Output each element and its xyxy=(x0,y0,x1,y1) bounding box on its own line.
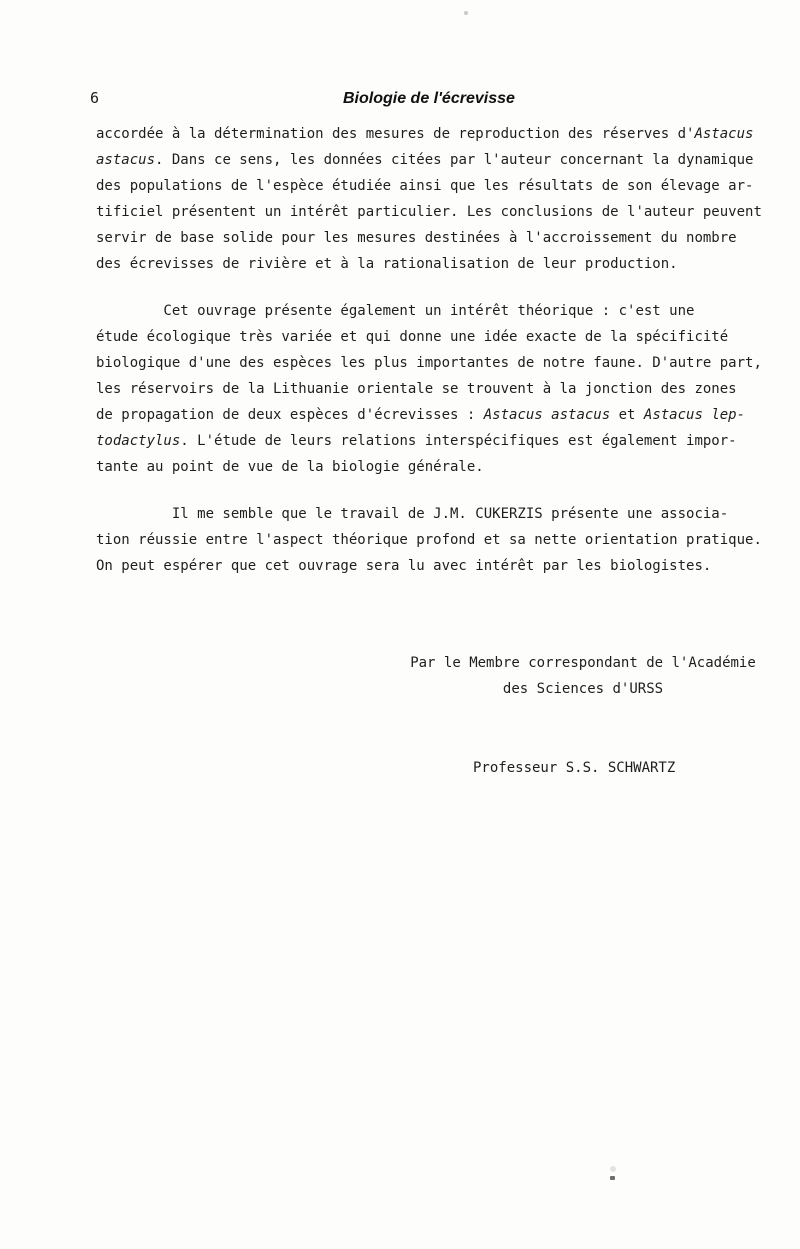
text-segment: et xyxy=(610,407,644,423)
signature-line-1: Par le Membre correspondant de l'Académi… xyxy=(408,650,758,676)
body-text: accordée à la détermination des mesures … xyxy=(96,121,768,579)
signature-name: Professeur S.S. SCHWARTZ xyxy=(473,755,675,781)
text-line: des écrevisses de rivière et à la ration… xyxy=(96,251,768,277)
text-line: tificiel présentent un intérêt particuli… xyxy=(96,199,768,225)
text-line: étude écologique très variée et qui donn… xyxy=(96,324,768,350)
paragraph: accordée à la détermination des mesures … xyxy=(96,121,768,277)
text-line: servir de base solide pour les mesures d… xyxy=(96,225,768,251)
signature-block: Par le Membre correspondant de l'Académi… xyxy=(408,650,758,702)
species-name-italic: todactylus xyxy=(96,433,180,449)
text-segment: étude écologique très variée et qui donn… xyxy=(96,329,728,345)
running-title: Biologie de l'écrevisse xyxy=(343,90,515,107)
text-segment: servir de base solide pour les mesures d… xyxy=(96,230,737,246)
text-segment: tante au point de vue de la biologie gén… xyxy=(96,459,484,475)
scan-artifact xyxy=(610,1176,615,1180)
paragraph: Il me semble que le travail de J.M. CUKE… xyxy=(96,501,768,579)
text-line: les réservoirs de la Lithuanie orientale… xyxy=(96,376,768,402)
paragraph: Cet ouvrage présente également un intérê… xyxy=(96,298,768,480)
species-name-italic: Astacus astacus xyxy=(484,407,610,423)
text-line: de propagation de deux espèces d'écrevis… xyxy=(96,402,768,428)
book-page: 6 Biologie de l'écrevisse accordée à la … xyxy=(0,0,800,1249)
text-line: todactylus. L'étude de leurs relations i… xyxy=(96,428,768,454)
text-segment: tificiel présentent un intérêt particuli… xyxy=(96,204,762,220)
text-segment: Cet ouvrage présente également un intérê… xyxy=(96,303,694,319)
text-line: Cet ouvrage présente également un intérê… xyxy=(96,298,768,324)
text-line: biologique d'une des espèces les plus im… xyxy=(96,350,768,376)
text-line: tante au point de vue de la biologie gén… xyxy=(96,454,768,480)
signature-line-2: des Sciences d'URSS xyxy=(408,676,758,702)
text-segment: accordée à la détermination des mesures … xyxy=(96,126,694,142)
species-name-italic: Astacus lep- xyxy=(644,407,745,423)
page-number: 6 xyxy=(90,90,99,106)
text-line: On peut espérer que cet ouvrage sera lu … xyxy=(96,553,768,579)
text-segment: Il me semble que le travail de J.M. CUKE… xyxy=(96,506,728,522)
text-segment: de propagation de deux espèces d'écrevis… xyxy=(96,407,484,423)
text-segment: . L'étude de leurs relations interspécif… xyxy=(180,433,736,449)
text-segment: . Dans ce sens, les données citées par l… xyxy=(155,152,753,168)
text-line: astacus. Dans ce sens, les données citée… xyxy=(96,147,768,173)
text-line: tion réussie entre l'aspect théorique pr… xyxy=(96,527,768,553)
scan-artifact xyxy=(464,11,468,15)
text-segment: des écrevisses de rivière et à la ration… xyxy=(96,256,678,272)
text-line: accordée à la détermination des mesures … xyxy=(96,121,768,147)
text-line: Il me semble que le travail de J.M. CUKE… xyxy=(96,501,768,527)
text-segment: tion réussie entre l'aspect théorique pr… xyxy=(96,532,762,548)
text-segment: On peut espérer que cet ouvrage sera lu … xyxy=(96,558,711,574)
text-line: des populations de l'espèce étudiée ains… xyxy=(96,173,768,199)
text-segment: biologique d'une des espèces les plus im… xyxy=(96,355,762,371)
species-name-italic: astacus xyxy=(96,152,155,168)
text-segment: des populations de l'espèce étudiée ains… xyxy=(96,178,753,194)
scan-artifact xyxy=(610,1166,616,1172)
species-name-italic: Astacus xyxy=(694,126,753,142)
text-segment: les réservoirs de la Lithuanie orientale… xyxy=(96,381,737,397)
